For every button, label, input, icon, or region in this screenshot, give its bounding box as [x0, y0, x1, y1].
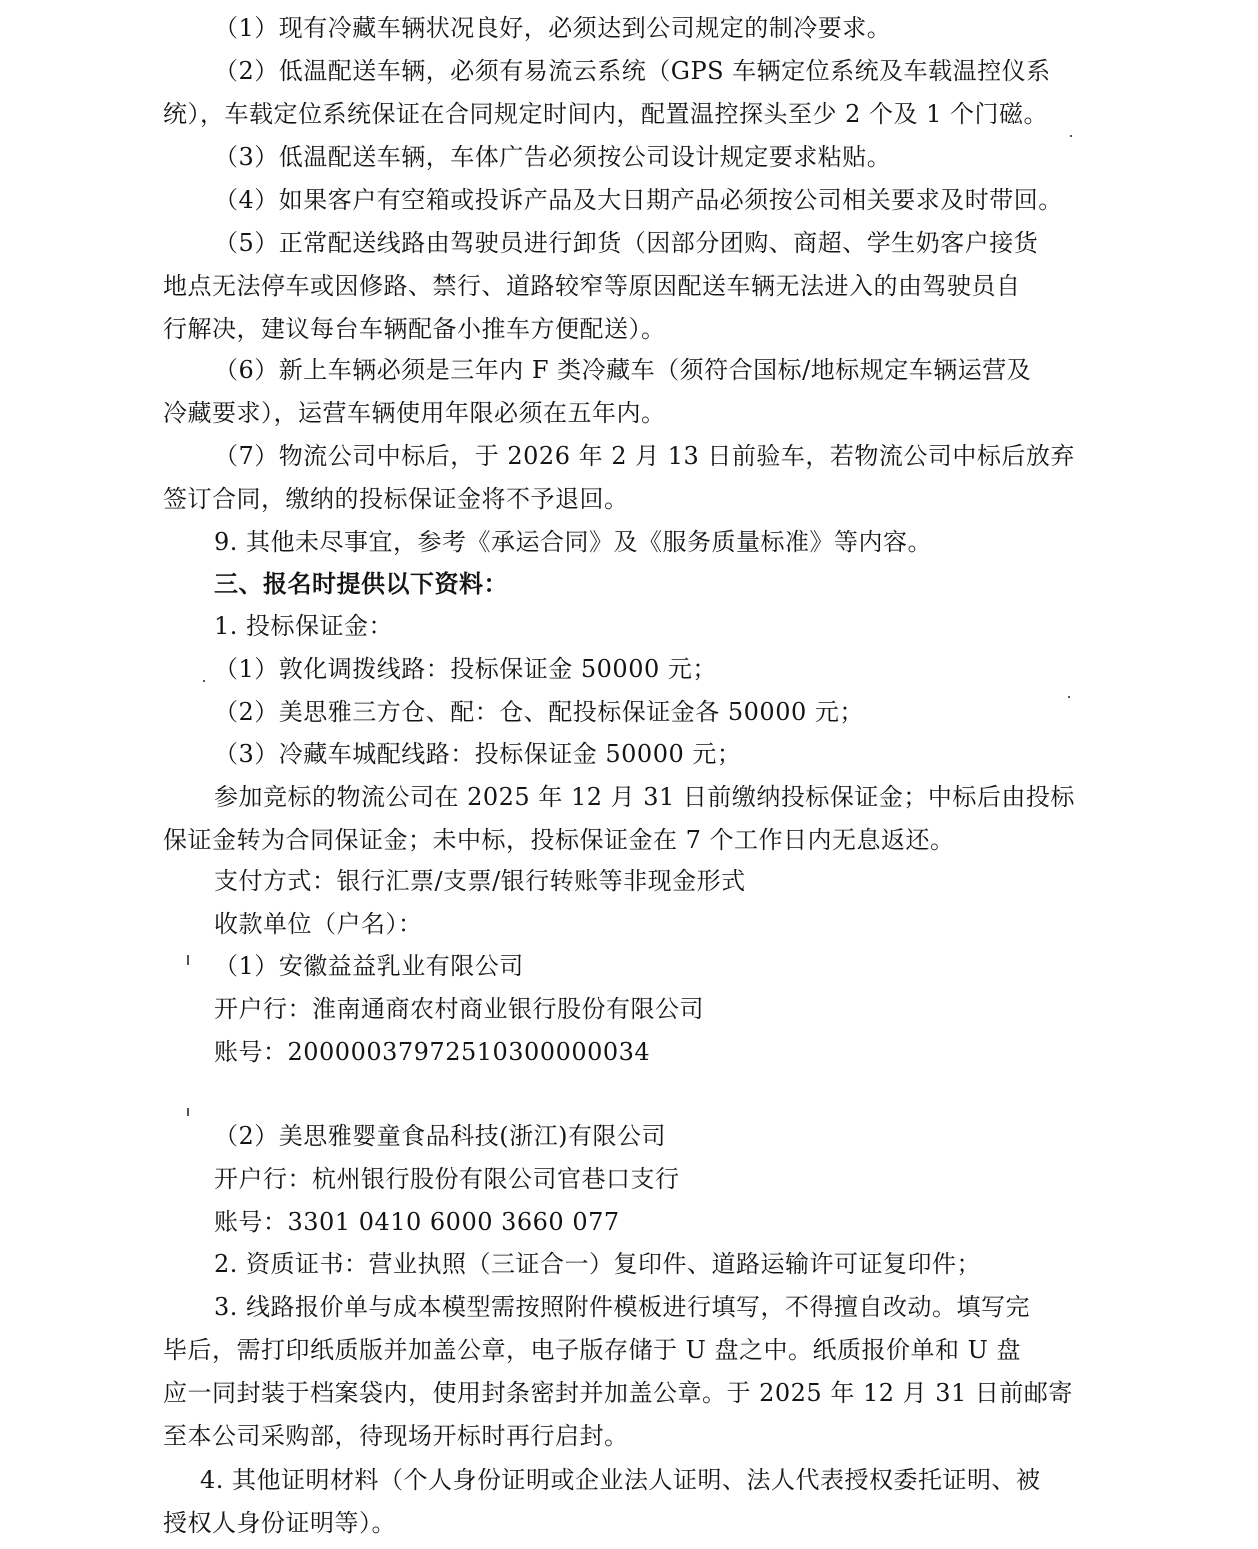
- payee-2-account: 账号：3301 0410 6000 3660 077: [214, 1207, 620, 1237]
- vehicle-requirement-2-line2: 统），车载定位系统保证在合同规定时间内，配置温控探头至少 2 个及 1 个门磁。: [163, 99, 1048, 129]
- vehicle-requirement-2-line1: （2）低温配送车辆，必须有易流云系统（GPS 车辆定位系统及车载温控仪系: [214, 56, 1051, 86]
- document-page: （1）现有冷藏车辆状况良好，必须达到公司规定的制冷要求。 （2）低温配送车辆，必…: [0, 0, 1258, 1549]
- vehicle-requirement-6-line2: 冷藏要求），运营车辆使用年限必须在五年内。: [163, 398, 666, 428]
- vehicle-requirement-4: （4）如果客户有空箱或投诉产品及大日期产品必须按公司相关要求及时带回。: [214, 185, 1063, 215]
- vehicle-requirement-5-line3: 行解决，建议每台车辆配备小推车方便配送）。: [163, 314, 666, 344]
- deposit-route-2: （2）美思雅三方仓、配：仓、配投标保证金各 50000 元；: [214, 697, 864, 727]
- payee-1-name: （1）安徽益益乳业有限公司: [214, 951, 524, 981]
- deposit-route-3: （3）冷藏车城配线路：投标保证金 50000 元；: [214, 739, 741, 769]
- scan-speck: [1070, 135, 1072, 137]
- vehicle-requirement-5-line2: 地点无法停车或因修路、禁行、道路较窄等原因配送车辆无法进入的由驾驶员自: [163, 271, 1021, 301]
- item-3-line3: 应一同封装于档案袋内，使用封条密封并加盖公章。于 2025 年 12 月 31 …: [163, 1378, 1073, 1408]
- payment-method: 支付方式：银行汇票/支票/银行转账等非现金形式: [214, 866, 746, 896]
- vehicle-requirement-5-line1: （5）正常配送线路由驾驶员进行卸货（因部分团购、商超、学生奶客户接货: [214, 228, 1038, 258]
- scan-speck: [187, 955, 189, 965]
- deposit-deadline-line2: 保证金转为合同保证金；未中标，投标保证金在 7 个工作日内无息返还。: [163, 825, 955, 855]
- item-3-line1: 3. 线路报价单与成本模型需按照附件模板进行填写，不得擅自改动。填写完: [214, 1292, 1030, 1322]
- payee-1-account: 账号：20000037972510300000034: [214, 1037, 650, 1067]
- vehicle-requirement-1: （1）现有冷藏车辆状况良好，必须达到公司规定的制冷要求。: [214, 13, 891, 43]
- deposit-route-1: （1）敦化调拨线路：投标保证金 50000 元；: [214, 654, 717, 684]
- vehicle-requirement-7-line2: 签订合同，缴纳的投标保证金将不予退回。: [163, 484, 629, 514]
- scan-speck: [187, 1108, 189, 1116]
- item-2-qualifications: 2. 资质证书：营业执照（三证合一）复印件、道路运输许可证复印件；: [214, 1249, 981, 1279]
- vehicle-requirement-7-line1: （7）物流公司中标后，于 2026 年 2 月 13 日前验车，若物流公司中标后…: [214, 441, 1075, 471]
- item-3-line4: 至本公司采购部，待现场开标时再行启封。: [163, 1421, 629, 1451]
- payee-heading: 收款单位（户名）：: [214, 909, 423, 939]
- section-3-heading: 三、报名时提供以下资料：: [214, 569, 508, 599]
- item-4-line2: 授权人身份证明等）。: [163, 1508, 396, 1538]
- payee-2-bank: 开户行：杭州银行股份有限公司官巷口支行: [214, 1164, 680, 1194]
- vehicle-requirement-3: （3）低温配送车辆，车体广告必须按公司设计规定要求粘贴。: [214, 142, 891, 172]
- deposit-heading: 1. 投标保证金：: [214, 611, 393, 641]
- payee-2-name: （2）美思雅婴童食品科技(浙江)有限公司: [214, 1121, 666, 1151]
- payee-1-bank: 开户行：淮南通商农村商业银行股份有限公司: [214, 994, 704, 1024]
- item-9-other-matters: 9. 其他未尽事宜，参考《承运合同》及《服务质量标准》等内容。: [214, 527, 932, 557]
- vehicle-requirement-6-line1: （6）新上车辆必须是三年内 F 类冷藏车（须符合国标/地标规定车辆运营及: [214, 355, 1031, 385]
- scan-speck: [1068, 696, 1070, 698]
- item-3-line2: 毕后，需打印纸质版并加盖公章，电子版存储于 U 盘之中。纸质报价单和 U 盘: [163, 1335, 1021, 1365]
- scan-speck: [203, 680, 205, 682]
- deposit-deadline-line1: 参加竞标的物流公司在 2025 年 12 月 31 日前缴纳投标保证金；中标后由…: [214, 782, 1075, 812]
- item-4-line1: 4. 其他证明材料（个人身份证明或企业法人证明、法人代表授权委托证明、被: [200, 1465, 1041, 1495]
